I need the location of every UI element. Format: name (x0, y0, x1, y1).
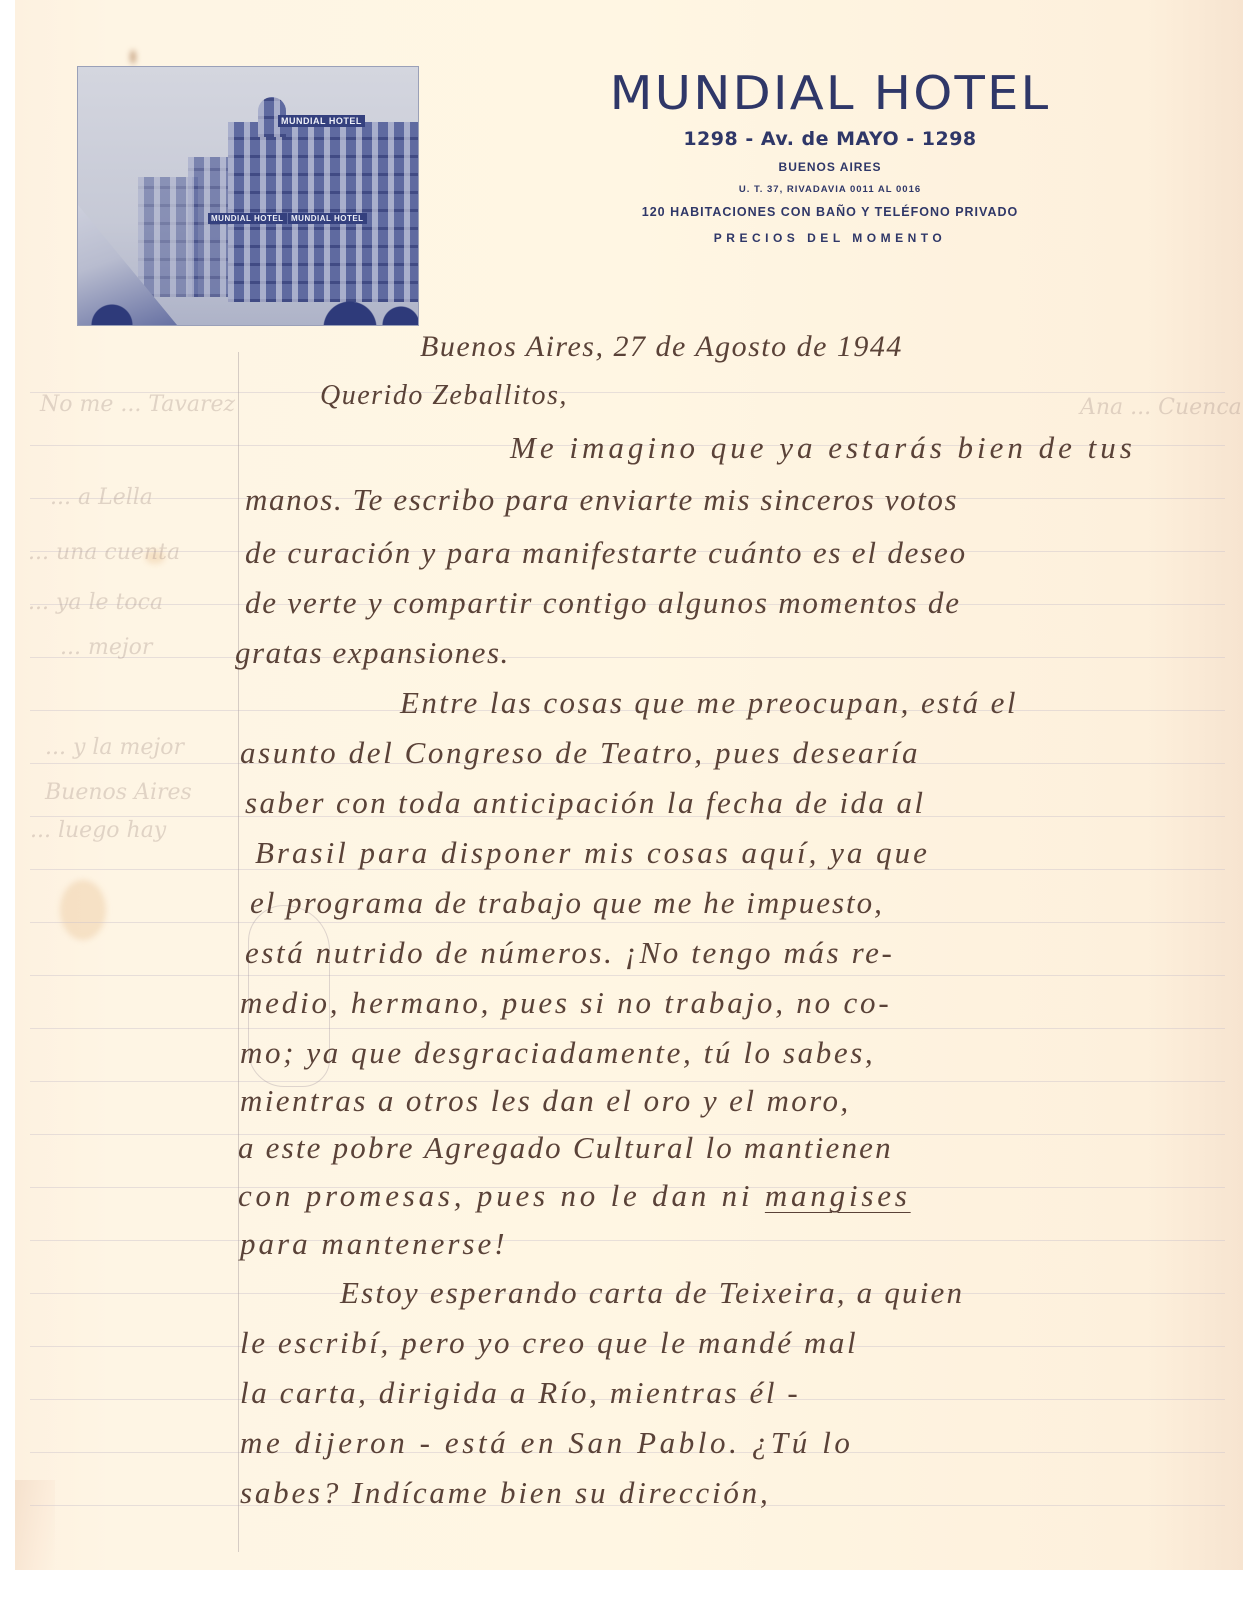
letter-line: está nutrido de números. ¡No tengo más r… (245, 935, 894, 971)
letter-line: Brasil para disponer mis cosas aquí, ya … (255, 835, 930, 871)
bleed-through-text: Buenos Aires (45, 780, 192, 805)
letter-line-text: con promesas, pues no le dan ni (238, 1178, 753, 1213)
bleed-through-text: ... mejor (60, 635, 152, 660)
bleed-through-text: ... y la mejor (45, 735, 184, 760)
hotel-vignette-image: MUNDIAL HOTEL MUNDIAL HOTEL MUNDIAL HOTE… (77, 66, 419, 326)
bleed-through-text: Ana ... Cuenca (1080, 395, 1242, 420)
letter-line: el programa de trabajo que me he impuest… (250, 885, 884, 921)
letter-line: de curación y para manifestarte cuánto e… (245, 535, 967, 571)
bleed-through-text: ... a Lella (50, 485, 153, 510)
letter-salutation: Querido Zeballitos, (320, 380, 568, 412)
letter-line: mientras a otros les dan el oro y el mor… (240, 1083, 851, 1119)
vignette-facade-sign: MUNDIAL HOTEL (208, 213, 287, 224)
letter-line: Estoy esperando carta de Teixeira, a qui… (340, 1275, 964, 1311)
margin-line (238, 352, 239, 1552)
bleed-through-text: ... luego hay (30, 818, 166, 843)
letter-line: manos. Te escribo para enviarte mis sinc… (245, 482, 958, 518)
letterhead: MUNDIAL HOTEL 1298 - Av. de MAYO - 1298 … (520, 70, 1140, 245)
vignette-facade-sign: MUNDIAL HOTEL (288, 213, 367, 224)
vignette-roof-sign: MUNDIAL HOTEL (278, 115, 365, 127)
hotel-name: MUNDIAL HOTEL (495, 70, 1165, 116)
letter-line: le escribí, pero yo creo que le mandé ma… (240, 1325, 858, 1361)
ruled-line (30, 657, 1225, 658)
bleed-through-text: ... una cuenta (28, 540, 180, 565)
vignette-hotel-building (228, 122, 418, 302)
letter-line: Entre las cosas que me preocupan, está e… (400, 685, 1018, 721)
letter-line: mo; ya que desgraciadamente, tú lo sabes… (240, 1035, 875, 1071)
ruled-line (30, 922, 1225, 923)
bleed-through-text: No me ... Tavarez (40, 392, 235, 417)
hotel-prices: PRECIOS DEL MOMENTO (520, 231, 1140, 245)
letter-line: con promesas, pues no le dan ni mangises (238, 1178, 911, 1214)
letter-line: la carta, dirigida a Río, mientras él - (240, 1375, 800, 1411)
letter-line: me dijeron - está en San Pablo. ¿Tú lo (240, 1425, 854, 1461)
hotel-rooms: 120 HABITACIONES CON BAÑO Y TELÉFONO PRI… (520, 205, 1140, 219)
letter-line: Me imagino que ya estarás bien de tus (510, 430, 1136, 466)
paper-stain (130, 50, 136, 64)
letter-line: medio, hermano, pues si no trabajo, no c… (240, 985, 891, 1021)
vignette-trees (78, 295, 418, 325)
ruled-line (30, 975, 1225, 976)
letter-date: Buenos Aires, 27 de Agosto de 1944 (420, 330, 903, 364)
hotel-address: 1298 - Av. de MAYO - 1298 (520, 128, 1140, 150)
underlined-word: mangises (765, 1178, 911, 1213)
letter-line: saber con toda anticipación la fecha de … (245, 785, 925, 821)
bleed-through-text: ... ya le toca (28, 590, 163, 615)
letter-line: para mantenerse! (240, 1226, 508, 1262)
ruled-line (30, 1028, 1225, 1029)
paper-stain (60, 880, 106, 940)
letter-line: asunto del Congreso de Teatro, pues dese… (240, 735, 920, 771)
letter-line: de verte y compartir contigo algunos mom… (245, 585, 961, 621)
letter-line: gratas expansiones. (235, 635, 510, 671)
hotel-city: BUENOS AIRES (520, 160, 1140, 174)
hotel-phone: U. T. 37, RIVADAVIA 0011 AL 0016 (520, 184, 1140, 195)
letter-line: sabes? Indícame bien su dirección, (240, 1475, 771, 1511)
ruled-line (30, 1240, 1225, 1241)
letter-line: a este pobre Agregado Cultural lo mantie… (238, 1130, 893, 1166)
ruled-line (30, 1081, 1225, 1082)
